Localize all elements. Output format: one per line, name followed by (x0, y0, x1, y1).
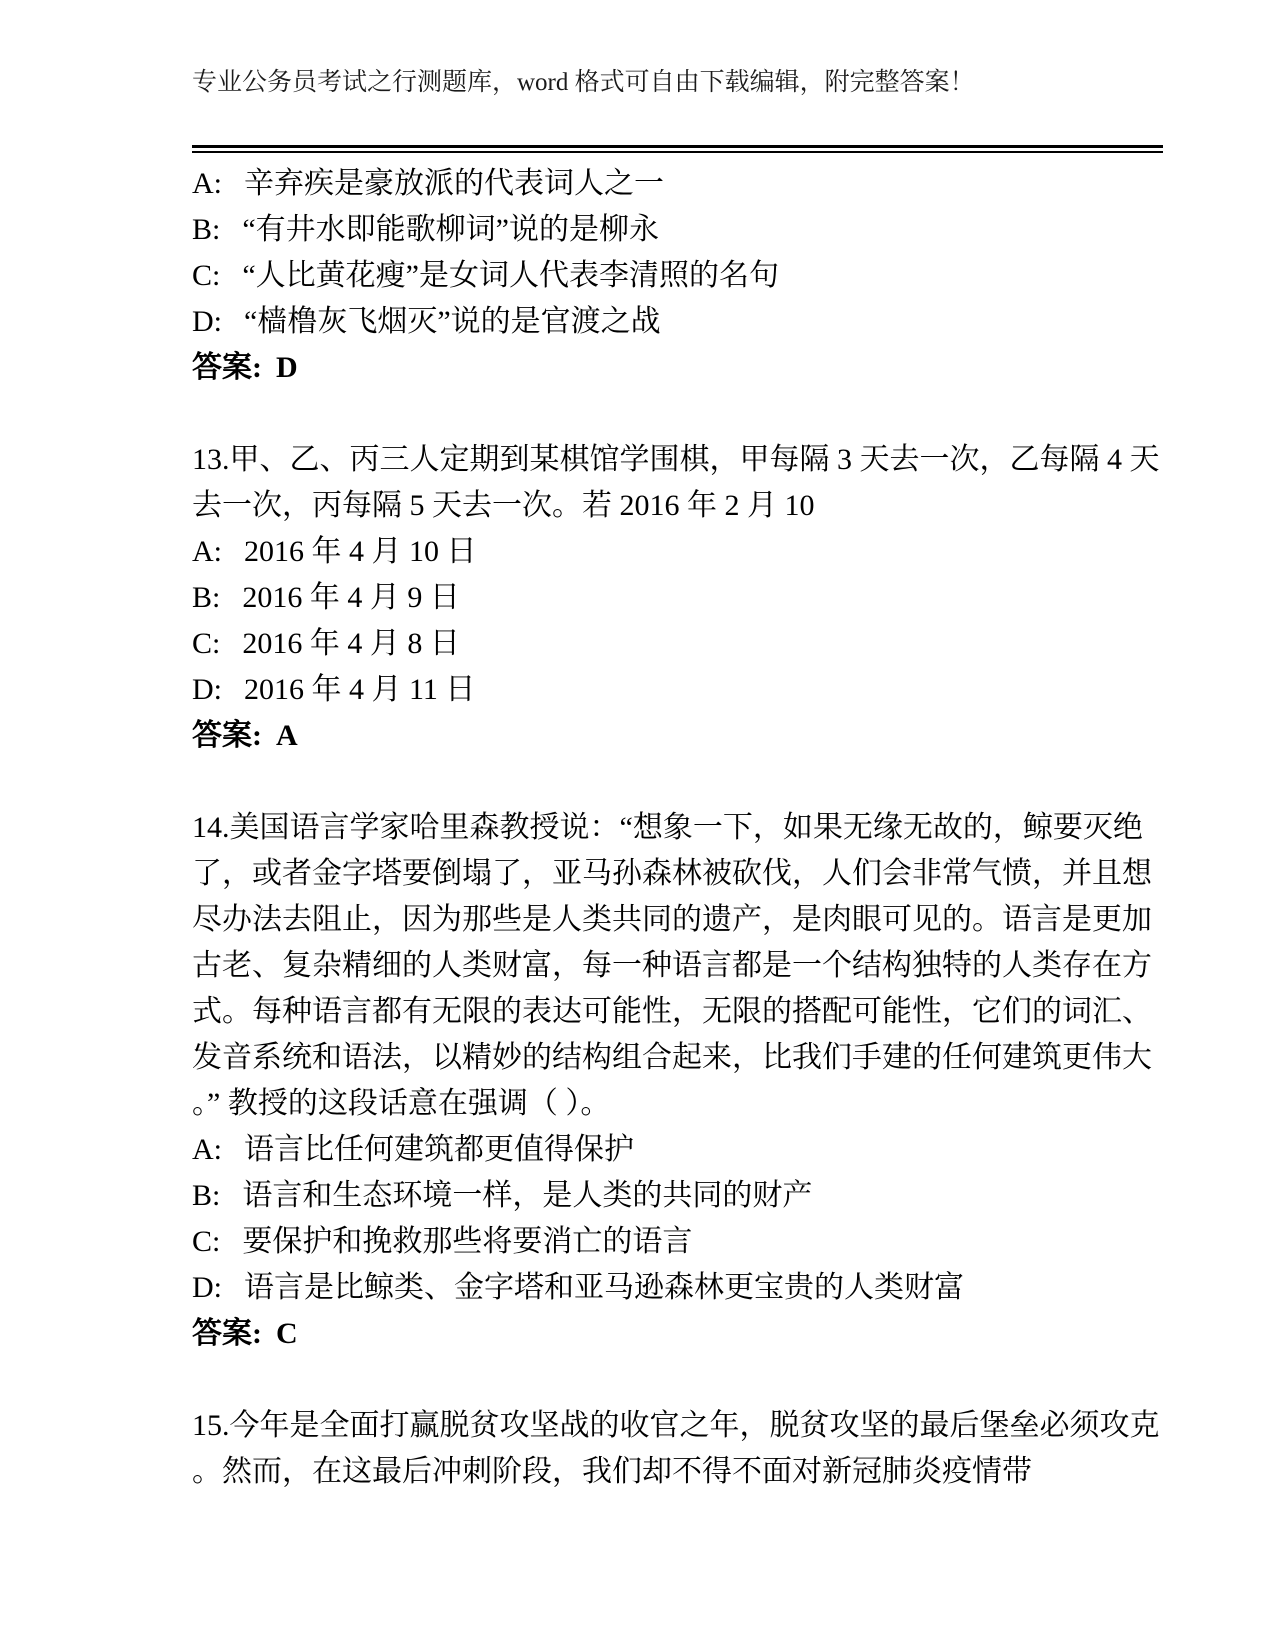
question-14-stem: 14.美国语言学家哈里森教授说：“想象一下，如果无缘无故的，鲸要灭绝了，或者金字… (192, 805, 1163, 1127)
option-d-label: D: (192, 673, 222, 706)
option-d-text: 语言是比鲸类、金字塔和亚马逊森林更宝贵的人类财富 (244, 1271, 964, 1304)
question-14-option-c: C:要保护和挽救那些将要消亡的语言 (192, 1219, 1163, 1265)
question-13-option-d: D:2016 年 4 月 11 日 (192, 667, 1163, 713)
option-a-text: 语言比任何建筑都更值得保护 (244, 1133, 634, 1166)
exam-document-page: 专业公务员考试之行测题库，word 格式可自由下载编辑，附完整答案！ A:辛弃疾… (0, 0, 1275, 1650)
question-14-option-b: B:语言和生态环境一样，是人类的共同的财产 (192, 1173, 1163, 1219)
option-d-text: “樯橹灰飞烟灭”说的是官渡之战 (244, 305, 661, 338)
answer-label: 答案: (192, 719, 262, 752)
option-c-label: C: (192, 259, 220, 292)
option-b-label: B: (192, 1179, 220, 1212)
header-note-text: 专业公务员考试之行测题库，word 格式可自由下载编辑，附完整答案！ (192, 0, 1163, 98)
option-b-label: B: (192, 213, 220, 246)
answer-value: A (276, 719, 298, 752)
option-c-text: 要保护和挽救那些将要消亡的语言 (242, 1225, 692, 1258)
question-12-option-b: B:“有井水即能歌柳词”说的是柳永 (192, 207, 1163, 253)
question-13-option-b: B:2016 年 4 月 9 日 (192, 575, 1163, 621)
page-header: 专业公务员考试之行测题库，word 格式可自由下载编辑，附完整答案！ (0, 0, 1275, 153)
question-13-answer-line: 答案:A (192, 713, 1163, 759)
question-12-answer-line: 答案:D (192, 345, 1163, 391)
option-c-label: C: (192, 627, 220, 660)
question-14-option-d: D:语言是比鲸类、金字塔和亚马逊森林更宝贵的人类财富 (192, 1265, 1163, 1311)
document-body: A:辛弃疾是豪放派的代表词人之一 B:“有井水即能歌柳词”说的是柳永 C:“人比… (192, 161, 1163, 1495)
answer-value: D (276, 351, 298, 384)
question-12-option-d: D:“樯橹灰飞烟灭”说的是官渡之战 (192, 299, 1163, 345)
question-block-14: 14.美国语言学家哈里森教授说：“想象一下，如果无缘无故的，鲸要灭绝了，或者金字… (192, 805, 1163, 1357)
option-c-text: 2016 年 4 月 8 日 (242, 627, 460, 660)
option-a-text: 辛弃疾是豪放派的代表词人之一 (244, 167, 664, 200)
question-15-stem: 15.今年是全面打赢脱贫攻坚战的收官之年，脱贫攻坚的最后堡垒必须攻克。然而，在这… (192, 1403, 1163, 1495)
option-d-label: D: (192, 1271, 222, 1304)
answer-label: 答案: (192, 1317, 262, 1350)
question-14-answer-line: 答案:C (192, 1311, 1163, 1357)
option-b-text: 2016 年 4 月 9 日 (242, 581, 460, 614)
option-a-text: 2016 年 4 月 10 日 (244, 535, 477, 568)
option-d-text: 2016 年 4 月 11 日 (244, 673, 475, 706)
question-12-option-a: A:辛弃疾是豪放派的代表词人之一 (192, 161, 1163, 207)
option-b-text: 语言和生态环境一样，是人类的共同的财产 (242, 1179, 812, 1212)
option-c-text: “人比黄花瘦”是女词人代表李清照的名句 (242, 259, 779, 292)
option-d-label: D: (192, 305, 222, 338)
question-block-13: 13.甲、乙、丙三人定期到某棋馆学围棋，甲每隔 3 天去一次，乙每隔 4 天去一… (192, 437, 1163, 759)
question-13-option-c: C:2016 年 4 月 8 日 (192, 621, 1163, 667)
option-b-label: B: (192, 581, 220, 614)
option-b-text: “有井水即能歌柳词”说的是柳永 (242, 213, 659, 246)
question-13-stem: 13.甲、乙、丙三人定期到某棋馆学围棋，甲每隔 3 天去一次，乙每隔 4 天去一… (192, 437, 1163, 529)
header-divider (192, 145, 1163, 153)
question-14-option-a: A:语言比任何建筑都更值得保护 (192, 1127, 1163, 1173)
option-a-label: A: (192, 167, 222, 200)
question-12-option-c: C:“人比黄花瘦”是女词人代表李清照的名句 (192, 253, 1163, 299)
question-block-12: A:辛弃疾是豪放派的代表词人之一 B:“有井水即能歌柳词”说的是柳永 C:“人比… (192, 161, 1163, 391)
question-13-option-a: A:2016 年 4 月 10 日 (192, 529, 1163, 575)
option-a-label: A: (192, 1133, 222, 1166)
answer-value: C (276, 1317, 298, 1350)
answer-label: 答案: (192, 351, 262, 384)
option-a-label: A: (192, 535, 222, 568)
option-c-label: C: (192, 1225, 220, 1258)
question-block-15: 15.今年是全面打赢脱贫攻坚战的收官之年，脱贫攻坚的最后堡垒必须攻克。然而，在这… (192, 1403, 1163, 1495)
